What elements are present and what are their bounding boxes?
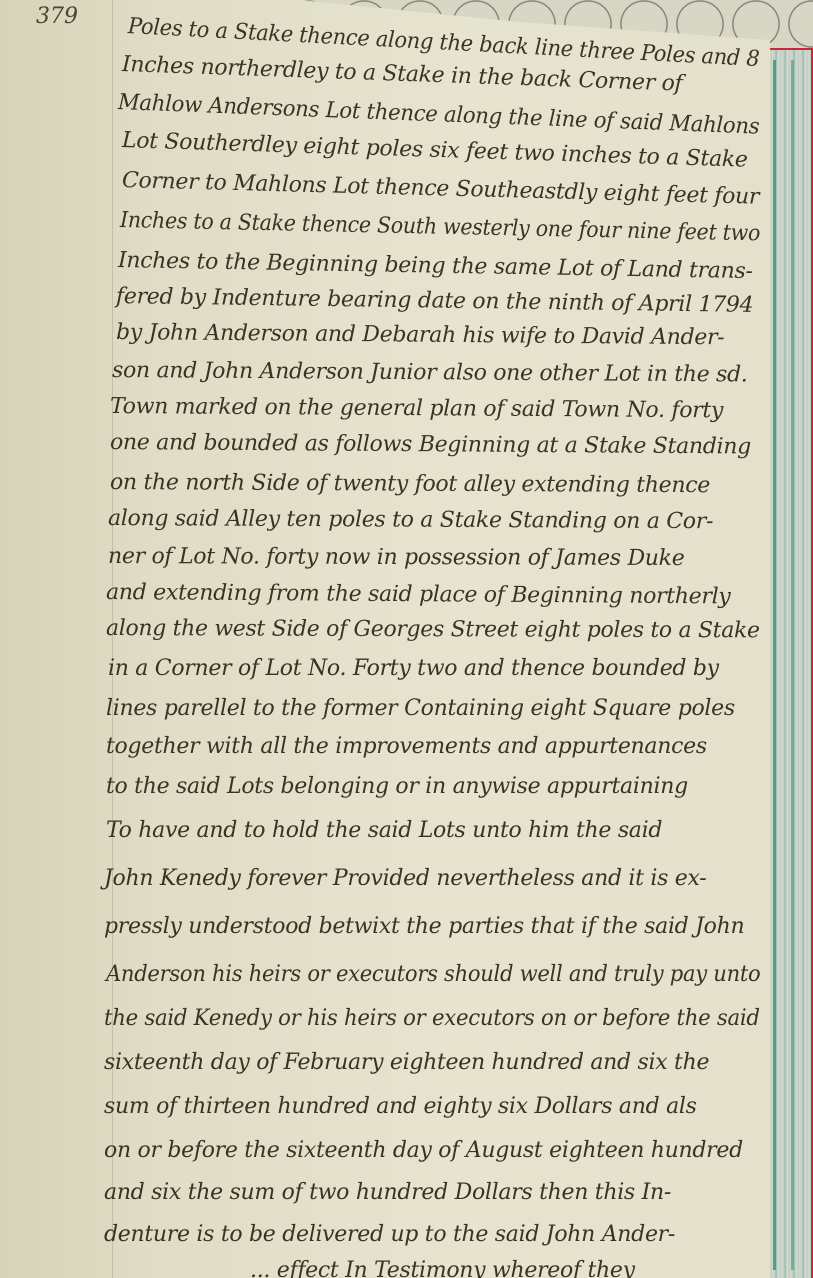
manuscript-page: 379 Poles to a Stake thence along the ba… [0, 0, 770, 1278]
text-line: along the west Side of Georges Street ei… [106, 616, 760, 643]
text-line: sum of thirteen hundred and eighty six D… [104, 1094, 697, 1119]
edge-stripe [791, 60, 794, 1270]
text-line: on the north Side of twenty foot alley e… [110, 470, 710, 498]
text-line: Anderson his heirs or executors should w… [106, 962, 760, 987]
text-line: John Kenedy forever Provided nevertheles… [104, 866, 706, 891]
text-line: on or before the sixteenth day of August… [104, 1138, 743, 1163]
text-line: pressly understood betwixt the parties t… [104, 914, 744, 939]
text-line: along said Alley ten poles to a Stake St… [108, 506, 713, 534]
handwritten-text: Poles to a Stake thence along the back l… [0, 0, 770, 1278]
text-line: and six the sum of two hundred Dollars t… [104, 1180, 671, 1205]
text-line: ner of Lot No. forty now in possession o… [108, 544, 685, 571]
text-line: Corner to Mahlons Lot thence Southeastdl… [122, 168, 760, 210]
text-line: Inches to the Beginning being the same L… [118, 248, 753, 284]
text-line: Town marked on the general plan of said … [110, 394, 723, 423]
text-line: To have and to hold the said Lots unto h… [106, 818, 662, 843]
text-line: the said Kenedy or his heirs or executor… [104, 1006, 760, 1031]
text-line: fered by Indenture bearing date on the n… [116, 284, 754, 318]
text-line: and extending from the said place of Beg… [106, 580, 731, 609]
text-line: son and John Anderson Junior also one ot… [112, 358, 748, 387]
text-line: sixteenth day of February eighteen hundr… [104, 1050, 709, 1075]
text-line: by John Anderson and Debarah his wife to… [116, 320, 725, 350]
text-line: together with all the improvements and a… [106, 734, 707, 759]
text-line: one and bounded as follows Beginning at … [110, 430, 751, 459]
text-line: denture is to be delivered up to the sai… [104, 1222, 675, 1247]
text-line: to the said Lots belonging or in anywise… [106, 774, 688, 799]
edge-stripe [773, 60, 776, 1270]
text-line: Inches to a Stake thence South westerly … [120, 208, 761, 246]
text-line: ... effect In Testimony whereof they [250, 1258, 635, 1278]
text-line: in a Corner of Lot No. Forty two and the… [108, 656, 719, 681]
text-line: lines parellel to the former Containing … [106, 696, 735, 721]
